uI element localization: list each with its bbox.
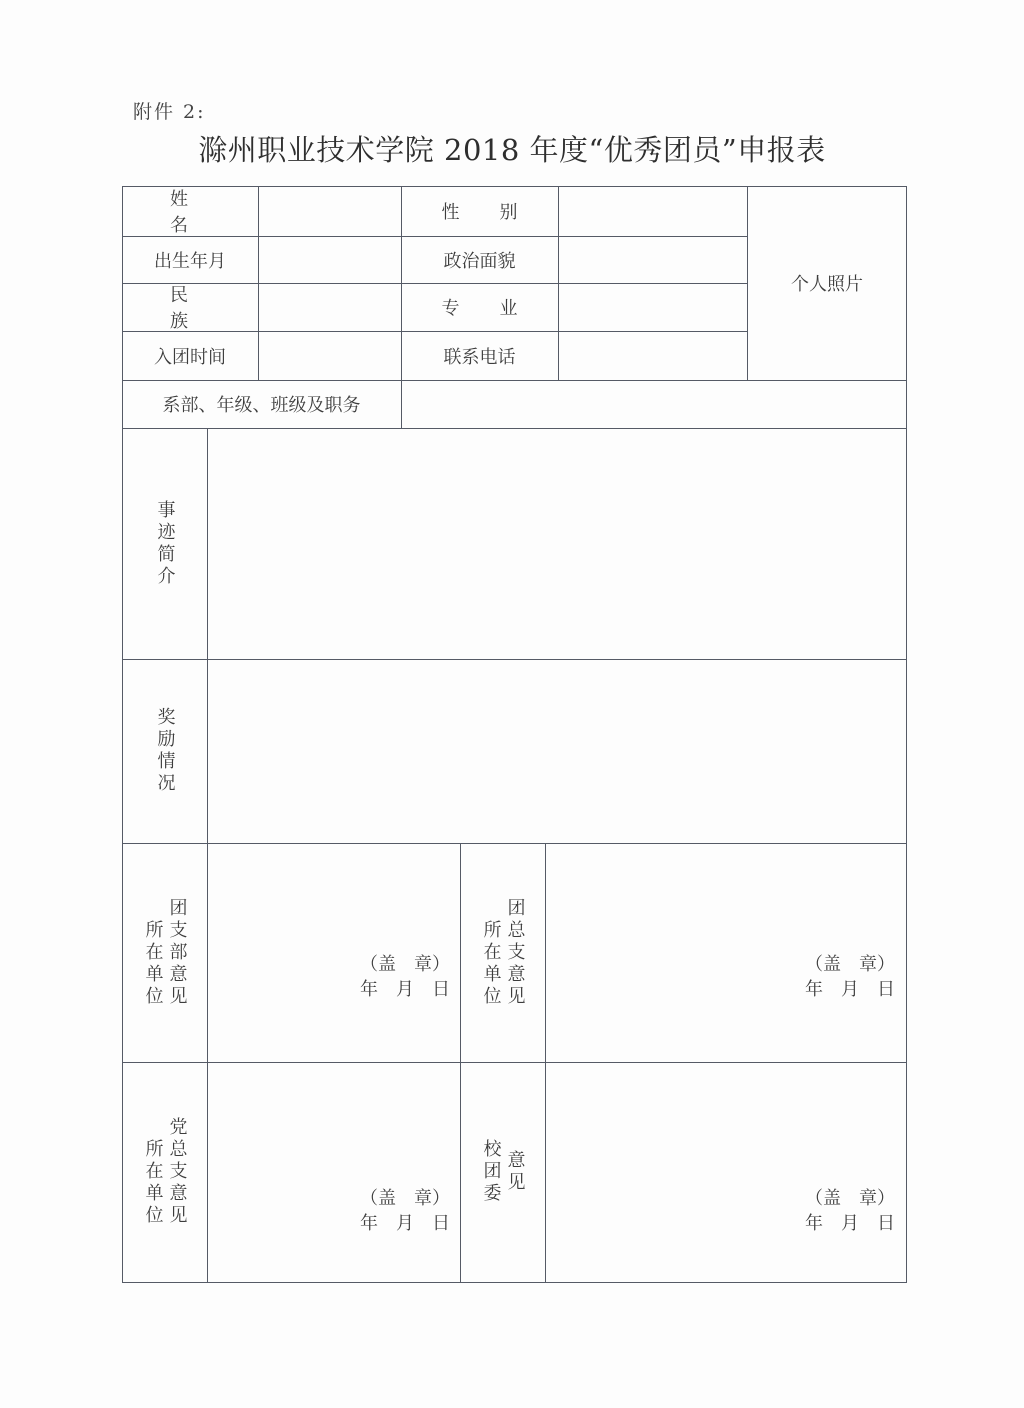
- department-field[interactable]: [402, 381, 906, 428]
- join-date-label: 入团时间: [122, 331, 258, 380]
- phone-label: 联系电话: [401, 331, 558, 380]
- branch-opinion-label-line2: 所在单位: [142, 898, 164, 1008]
- phone-field[interactable]: [559, 332, 747, 380]
- name-label: 姓名: [122, 186, 258, 236]
- date-label: 年 月 日: [745, 977, 895, 1002]
- ethnicity-field[interactable]: [259, 284, 401, 331]
- branch-opinion-label-line1: 团支部意见: [166, 898, 188, 1008]
- table-border-bottom: [122, 1282, 907, 1283]
- branch-opinion-label: 团支部意见 所在单位: [122, 843, 207, 1062]
- attachment-label: 附件 2:: [133, 97, 206, 124]
- date-label: 年 月 日: [745, 1211, 895, 1236]
- birth-label: 出生年月: [122, 236, 258, 283]
- gender-label: 性别: [401, 186, 558, 236]
- school-committee-opinion-label-line2: 校团委: [480, 1139, 502, 1205]
- party-branch-opinion-field[interactable]: [208, 1063, 460, 1282]
- school-committee-opinion-label: 意见 校团委: [460, 1062, 545, 1282]
- deeds-label: 事迹简介: [122, 428, 207, 659]
- school-committee-opinion-field[interactable]: [546, 1063, 906, 1282]
- deeds-label-text: 事迹简介: [154, 500, 176, 588]
- major-label: 专业: [401, 283, 558, 331]
- stamp-label: （盖 章）: [300, 1186, 450, 1211]
- party-branch-opinion-label-line2: 所在单位: [142, 1117, 164, 1227]
- party-branch-opinion-stamp: （盖 章） 年 月 日: [300, 1186, 450, 1236]
- major-field[interactable]: [559, 284, 747, 331]
- political-status-label: 政治面貌: [401, 236, 558, 283]
- party-branch-opinion-label-line1: 党总支意见: [166, 1117, 188, 1227]
- deeds-textarea[interactable]: [208, 429, 906, 659]
- general-branch-opinion-label: 团总支意见 所在单位: [460, 843, 545, 1062]
- department-label: 系部、年级、班级及职务: [122, 380, 401, 428]
- general-branch-opinion-stamp: （盖 章） 年 月 日: [745, 952, 895, 1002]
- political-status-field[interactable]: [559, 237, 747, 283]
- general-branch-opinion-label-line1: 团总支意见: [504, 898, 526, 1008]
- awards-textarea[interactable]: [208, 660, 906, 843]
- ethnicity-label: 民族: [122, 283, 258, 331]
- awards-label: 奖励情况: [122, 659, 207, 843]
- school-committee-opinion-stamp: （盖 章） 年 月 日: [745, 1186, 895, 1236]
- school-committee-opinion-label-line1: 意见: [504, 1150, 526, 1194]
- stamp-label: （盖 章）: [300, 952, 450, 977]
- photo-placeholder[interactable]: 个人照片: [748, 186, 906, 380]
- stamp-label: （盖 章）: [745, 1186, 895, 1211]
- page-title: 滁州职业技术学院 2018 年度“优秀团员”申报表: [0, 128, 1024, 169]
- awards-label-text: 奖励情况: [154, 707, 176, 795]
- join-date-field[interactable]: [259, 332, 401, 380]
- branch-opinion-stamp: （盖 章） 年 月 日: [300, 952, 450, 1002]
- name-field[interactable]: [259, 187, 401, 236]
- date-label: 年 月 日: [300, 977, 450, 1002]
- date-label: 年 月 日: [300, 1211, 450, 1236]
- party-branch-opinion-label: 党总支意见 所在单位: [122, 1062, 207, 1282]
- general-branch-opinion-label-line2: 所在单位: [480, 898, 502, 1008]
- table-border-right: [906, 186, 907, 1283]
- gender-field[interactable]: [559, 187, 747, 236]
- stamp-label: （盖 章）: [745, 952, 895, 977]
- birth-field[interactable]: [259, 237, 401, 283]
